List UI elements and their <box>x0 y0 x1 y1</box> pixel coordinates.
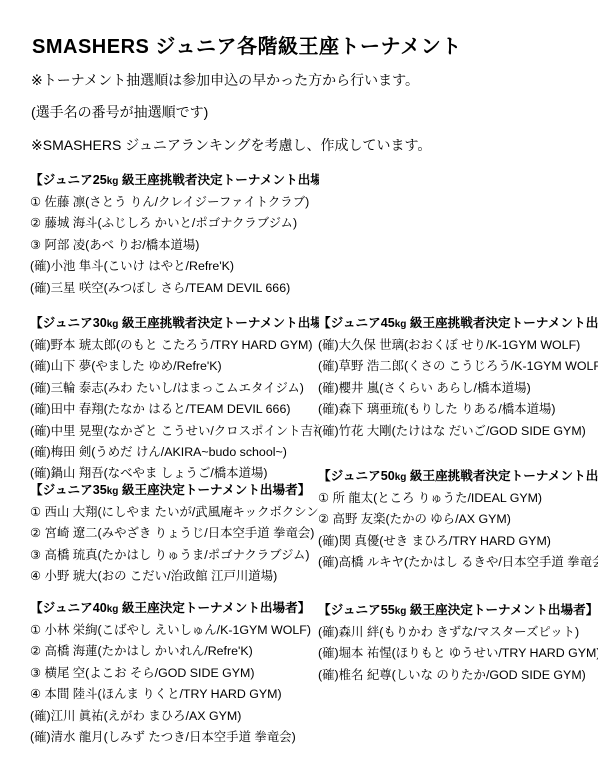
participant-line: (確)森下 璃亜琉(もりした りある/橋本道場) <box>318 399 598 420</box>
participant-line: (確)田中 春翔(たなか はると/TEAM DEVIL 666) <box>30 399 319 420</box>
header-pre: 【ジュニア40 <box>30 601 107 615</box>
note-draw-order: ※トーナメント抽選順は参加申込の早かった方から行います。 <box>31 70 419 90</box>
participant-line: (確)森川 絆(もりかわ きずな/マスターズピット) <box>318 622 598 643</box>
participant-line: (確)大久保 世璃(おおくぼ せり/K-1GYM WOLF) <box>318 335 598 356</box>
participant-line: (確)竹花 大剛(たけはな だいご/GOD SIDE GYM) <box>318 421 598 442</box>
section-header-40kg: 【ジュニア40kg 級王座決定トーナメント出場者】 <box>30 598 319 620</box>
kg-unit: kg <box>107 176 119 187</box>
section-junior-30kg: 【ジュニア30kg 級王座挑戦者決定トーナメント出場者】 (確)野本 琥太郎(の… <box>30 313 319 485</box>
kg-unit: kg <box>107 486 119 497</box>
participant-line: ① 所 龍太(ところ りゅうた/IDEAL GYM) <box>318 488 598 509</box>
participant-line: (確)小池 隼斗(こいけ はやと/Refre'K) <box>30 256 319 277</box>
participant-line: ② 宮崎 遼二(みやざき りょうじ/日本空手道 拳竜会) <box>30 523 319 544</box>
section-header-25kg: 【ジュニア25kg 級王座挑戦者決定トーナメント出場者】 <box>30 170 319 192</box>
participant-line: ② 藤城 海斗(ふじしろ かいと/ポゴナクラブジム) <box>30 213 319 234</box>
participant-line: (確)梅田 剣(うめだ けん/AKIRA~budo school~) <box>30 442 319 463</box>
header-post: 級王座挑戦者決定トーナメント出場者】 <box>118 173 319 187</box>
participant-line: (確)櫻井 嵐(さくらい あらし/橋本道場) <box>318 378 598 399</box>
header-post: 級王座決定トーナメント出場者】 <box>406 603 598 617</box>
participant-line: ② 高橋 海蓮(たかはし かいれん/Refre'K) <box>30 641 319 662</box>
header-post: 級王座挑戦者決定トーナメント出場者】 <box>118 316 319 330</box>
participant-line: (確)高橋 ルキヤ(たかはし るきや/日本空手道 拳竜会) <box>318 552 598 573</box>
participant-line: ② 高野 友楽(たかの ゆら/AX GYM) <box>318 509 598 530</box>
kg-unit: kg <box>395 472 407 483</box>
page-title: SMASHERS ジュニア各階級王座トーナメント <box>32 30 462 59</box>
header-post: 級王座挑戦者決定トーナメント出場者】 <box>406 316 598 330</box>
kg-unit: kg <box>395 319 407 330</box>
kg-unit: kg <box>107 604 119 615</box>
participant-line: ① 西山 大翔(にしやま たいが/武風庵キックボクシングジム) <box>30 502 319 523</box>
section-junior-50kg: 【ジュニア50kg 級王座挑戦者決定トーナメント出場者】 ① 所 龍太(ところ … <box>318 466 598 574</box>
participant-line: ③ 阿部 凌(あべ りお/橋本道場) <box>30 235 319 256</box>
header-post: 級王座決定トーナメント出場者】 <box>118 601 310 615</box>
header-pre: 【ジュニア50 <box>318 469 395 483</box>
header-pre: 【ジュニア35 <box>30 483 107 497</box>
header-pre: 【ジュニア55 <box>318 603 395 617</box>
note-number-meaning: (選手名の番号が抽選順です) <box>31 102 208 122</box>
header-pre: 【ジュニア30 <box>30 316 107 330</box>
participant-line: ③ 高橋 琉真(たかはし りゅうま/ポゴナクラブジム) <box>30 545 319 566</box>
header-pre: 【ジュニア45 <box>318 316 395 330</box>
participant-line: (確)山下 夢(やました ゆめ/Refre'K) <box>30 356 319 377</box>
participant-line: (確)清水 龍月(しみず たつき/日本空手道 拳竜会) <box>30 727 319 748</box>
header-post: 級王座挑戦者決定トーナメント出場者】 <box>406 469 598 483</box>
section-junior-25kg: 【ジュニア25kg 級王座挑戦者決定トーナメント出場者】 ① 佐藤 凛(さとう … <box>30 170 319 299</box>
participant-line: (確)三輪 泰志(みわ たいし/はまっこムエタイジム) <box>30 378 319 399</box>
participant-line: (確)草野 浩二郎(くさの こうじろう/K-1GYM WOLF) <box>318 356 598 377</box>
participant-line: (確)中里 晃聖(なかざと こうせい/クロスポイント吉祥寺) <box>30 421 319 442</box>
note-ranking-consideration: ※SMASHERS ジュニアランキングを考慮し、作成しています。 <box>31 135 431 155</box>
participant-line: ① 小林 栄絢(こばやし えいしゅん/K-1GYM WOLF) <box>30 620 319 641</box>
participant-line: (確)野本 琥太郎(のもと こたろう/TRY HARD GYM) <box>30 335 319 356</box>
participant-line: (確)三星 咲空(みつぼし さら/TEAM DEVIL 666) <box>30 278 319 299</box>
header-post: 級王座決定トーナメント出場者】 <box>118 483 310 497</box>
participant-line: (確)堀本 祐惺(ほりもと ゆうせい/TRY HARD GYM) <box>318 643 598 664</box>
header-pre: 【ジュニア25 <box>30 173 107 187</box>
participant-line: ④ 本間 陸斗(ほんま りくと/TRY HARD GYM) <box>30 684 319 705</box>
participant-line: (確)椎名 紀尊(しいな のりたか/GOD SIDE GYM) <box>318 665 598 686</box>
participant-line: (確)関 真優(せき まひろ/TRY HARD GYM) <box>318 531 598 552</box>
section-header-35kg: 【ジュニア35kg 級王座決定トーナメント出場者】 <box>30 480 319 502</box>
section-junior-55kg: 【ジュニア55kg 級王座決定トーナメント出場者】 (確)森川 絆(もりかわ き… <box>318 600 598 686</box>
kg-unit: kg <box>395 606 407 617</box>
participant-line: (確)江川 眞祐(えがわ まひろ/AX GYM) <box>30 706 319 727</box>
kg-unit: kg <box>107 319 119 330</box>
participant-line: ① 佐藤 凛(さとう りん/クレイジーファイトクラブ) <box>30 192 319 213</box>
section-header-30kg: 【ジュニア30kg 級王座挑戦者決定トーナメント出場者】 <box>30 313 319 335</box>
participant-line: ③ 横尾 空(よこお そら/GOD SIDE GYM) <box>30 663 319 684</box>
section-junior-40kg: 【ジュニア40kg 級王座決定トーナメント出場者】 ① 小林 栄絢(こばやし え… <box>30 598 319 748</box>
section-header-45kg: 【ジュニア45kg 級王座挑戦者決定トーナメント出場者】 <box>318 313 598 335</box>
tournament-document-page: SMASHERS ジュニア各階級王座トーナメント ※トーナメント抽選順は参加申込… <box>0 0 598 759</box>
section-junior-45kg: 【ジュニア45kg 級王座挑戦者決定トーナメント出場者】 (確)大久保 世璃(お… <box>318 313 598 442</box>
section-junior-35kg: 【ジュニア35kg 級王座決定トーナメント出場者】 ① 西山 大翔(にしやま た… <box>30 480 319 588</box>
section-header-55kg: 【ジュニア55kg 級王座決定トーナメント出場者】 <box>318 600 598 622</box>
section-header-50kg: 【ジュニア50kg 級王座挑戦者決定トーナメント出場者】 <box>318 466 598 488</box>
participant-line: ④ 小野 琥大(おの こだい/治政館 江戸川道場) <box>30 566 319 587</box>
